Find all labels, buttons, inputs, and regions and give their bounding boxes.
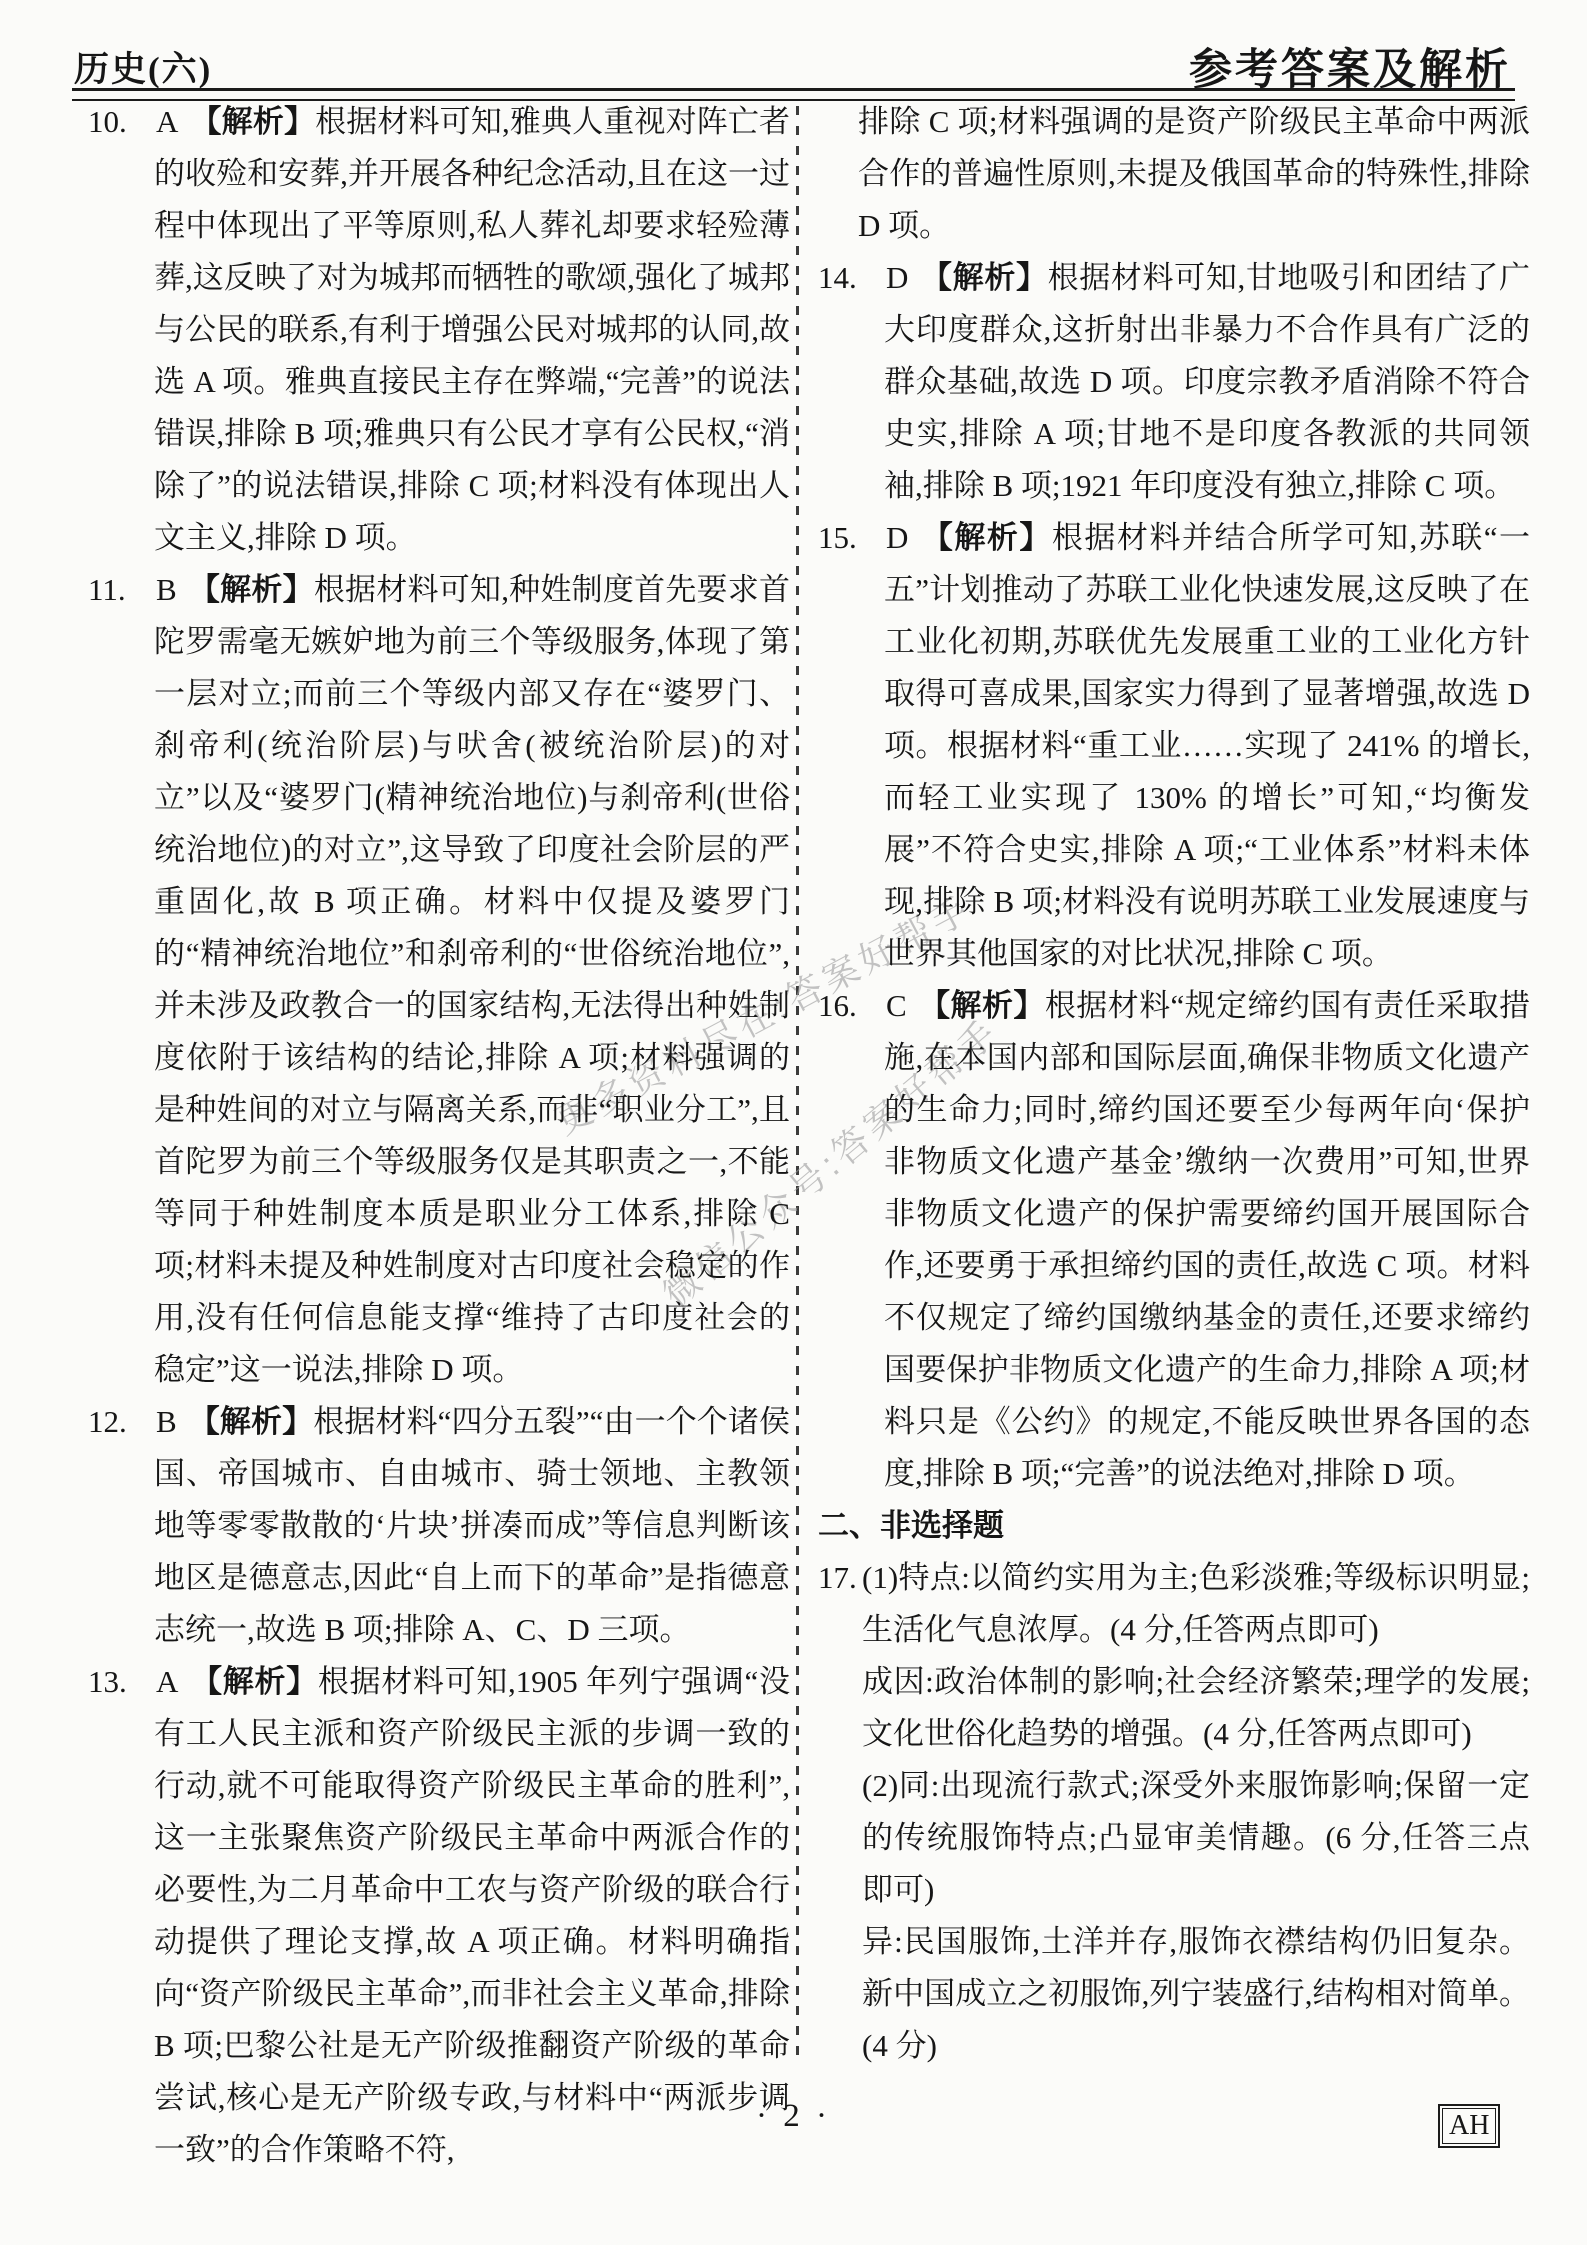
answer-text: 根据材料可知,甘地吸引和团结了广大印度群众,这折射出非暴力不合作具有广泛的群众基… bbox=[884, 260, 1530, 503]
answer-text: 根据材料“四分五裂”“由一个个诸侯国、帝国城市、自由城市、骑士领地、主教领地等零… bbox=[154, 1404, 790, 1647]
item-number: 16. bbox=[818, 980, 857, 1032]
answer-letter: D bbox=[886, 260, 908, 295]
answer-text: 根据材料可知,雅典人重视对阵亡者的收殓和安葬,并开展各种纪念活动,且在这一过程中… bbox=[154, 104, 790, 555]
item-number: 17. bbox=[818, 1552, 857, 1604]
q17-paragraph-features: (1)特点:以简约实用为主;色彩淡雅;等级标识明显;生活化气息浓厚。(4 分,任… bbox=[862, 1552, 1530, 1656]
answer-item-15: 15.D【解析】根据材料并结合所学可知,苏联“一五”计划推动了苏联工业化快速发展… bbox=[818, 512, 1530, 980]
answer-letter: A bbox=[156, 104, 178, 139]
answer-text: 根据材料可知,种姓制度首先要求首陀罗需毫无嫉妒地为前三个等级服务,体现了第一层对… bbox=[154, 572, 790, 1387]
answer-item-12: 12.B【解析】根据材料“四分五裂”“由一个个诸侯国、帝国城市、自由城市、骑士领… bbox=[88, 1396, 790, 1656]
answer-letter: C bbox=[886, 988, 907, 1023]
answer-item-14: 14.D【解析】根据材料可知,甘地吸引和团结了广大印度群众,这折射出非暴力不合作… bbox=[818, 252, 1530, 512]
analysis-tag: 【解析】 bbox=[920, 260, 1047, 295]
section-header-non-choice: 二、非选择题 bbox=[818, 1500, 1530, 1552]
analysis-tag: 【解析】 bbox=[190, 104, 315, 139]
page-number: · 2 · bbox=[0, 2098, 1587, 2135]
answer-item-17: 17. (1)特点:以简约实用为主;色彩淡雅;等级标识明显;生活化气息浓厚。(4… bbox=[818, 1552, 1530, 2072]
answer-letter: D bbox=[886, 520, 908, 555]
answer-letter: A bbox=[156, 1664, 178, 1699]
left-column: 10.A【解析】根据材料可知,雅典人重视对阵亡者的收殓和安葬,并开展各种纪念活动… bbox=[88, 96, 790, 2176]
analysis-tag: 【解析】 bbox=[189, 1404, 314, 1439]
item-number: 15. bbox=[818, 512, 857, 564]
answer-letter: B bbox=[156, 572, 177, 607]
item-number: 12. bbox=[88, 1396, 127, 1448]
q17-paragraph-similarities: (2)同:出现流行款式;深受外来服饰影响;保留一定的传统服饰特点;凸显审美情趣。… bbox=[862, 1760, 1530, 1916]
answer-text: 根据材料并结合所学可知,苏联“一五”计划推动了苏联工业化快速发展,这反映了在工业… bbox=[884, 520, 1530, 971]
answer-text: 根据材料可知,1905 年列宁强调“没有工人民主派和资产阶级民主派的步调一致的行… bbox=[154, 1664, 790, 2167]
answer-letter: B bbox=[156, 1404, 177, 1439]
analysis-tag: 【解析】 bbox=[919, 988, 1045, 1023]
subject-title: 历史(六) bbox=[74, 42, 212, 92]
answer-text: 根据材料“规定缔约国有责任采取措施,在本国内部和国际层面,确保非物质文化遗产的生… bbox=[884, 988, 1530, 1491]
q17-paragraph-differences: 异:民国服饰,土洋并存,服饰衣襟结构仍旧复杂。新中国成立之初服饰,列宁装盛行,结… bbox=[862, 1916, 1530, 2072]
analysis-tag: 【解析】 bbox=[189, 572, 314, 607]
analysis-tag: 【解析】 bbox=[920, 520, 1052, 555]
answer-item-13-continuation: 排除 C 项;材料强调的是资产阶级民主革命中两派合作的普遍性原则,未提及俄国革命… bbox=[818, 96, 1530, 252]
answer-key-page: 历史(六) 参考答案及解析 更多资料尽在:答案好帮手 微信公众号:答案好帮手 1… bbox=[0, 0, 1587, 2245]
item-number: 14. bbox=[818, 252, 857, 304]
item-number: 13. bbox=[88, 1656, 127, 1708]
item-number: 11. bbox=[88, 564, 126, 616]
q17-paragraph-causes: 成因:政治体制的影响;社会经济繁荣;理学的发展;文化世俗化趋势的增强。(4 分,… bbox=[862, 1656, 1530, 1760]
region-code-badge: AH bbox=[1438, 2104, 1500, 2148]
analysis-tag: 【解析】 bbox=[190, 1664, 317, 1699]
answer-item-10: 10.A【解析】根据材料可知,雅典人重视对阵亡者的收殓和安葬,并开展各种纪念活动… bbox=[88, 96, 790, 564]
item-number: 10. bbox=[88, 96, 127, 148]
right-column: 排除 C 项;材料强调的是资产阶级民主革命中两派合作的普遍性原则,未提及俄国革命… bbox=[818, 96, 1530, 2072]
answer-item-11: 11.B【解析】根据材料可知,种姓制度首先要求首陀罗需毫无嫉妒地为前三个等级服务… bbox=[88, 564, 790, 1396]
answer-item-16: 16.C【解析】根据材料“规定缔约国有责任采取措施,在本国内部和国际层面,确保非… bbox=[818, 980, 1530, 1500]
column-divider-dashed-line bbox=[796, 106, 799, 2064]
